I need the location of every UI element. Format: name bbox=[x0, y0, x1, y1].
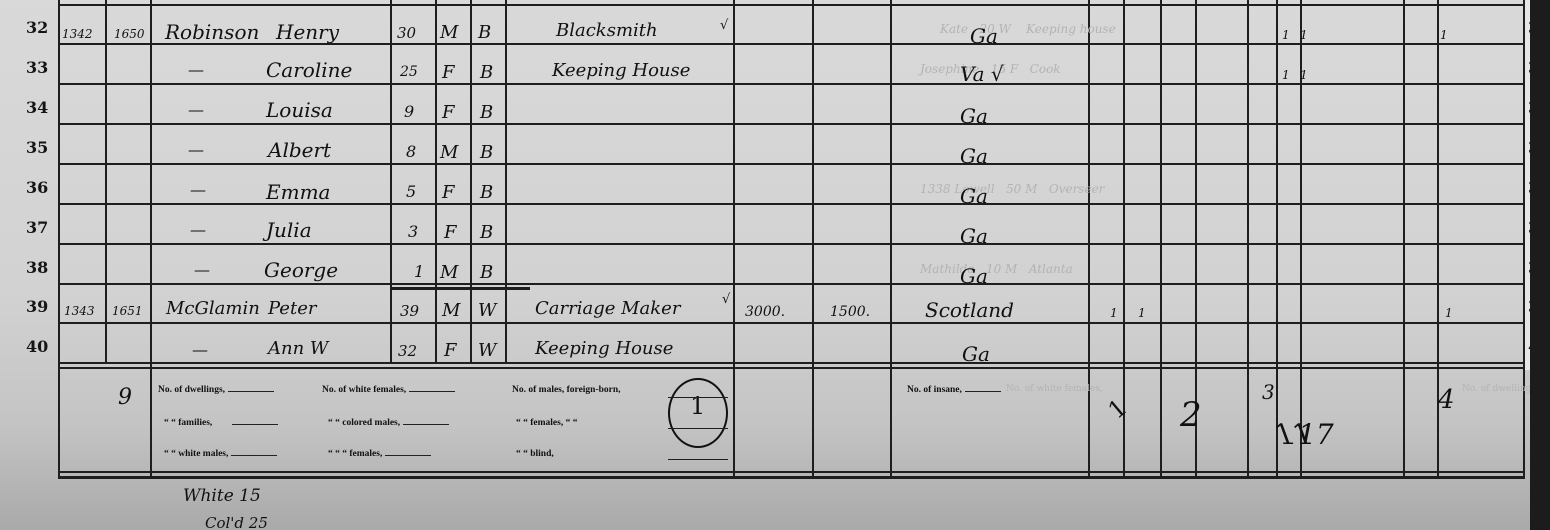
sex: M bbox=[440, 142, 458, 163]
surname-ditto: — bbox=[190, 220, 206, 239]
birthplace: Ga bbox=[970, 24, 998, 48]
check-mark: √ bbox=[720, 18, 728, 33]
sex: M bbox=[440, 22, 458, 43]
given-name: Emma bbox=[266, 180, 330, 204]
given-name: Caroline bbox=[266, 58, 352, 82]
birthplace: Ga bbox=[960, 224, 988, 248]
surname-ditto: — bbox=[188, 100, 204, 119]
page-edge bbox=[1530, 0, 1550, 530]
row-line bbox=[58, 163, 1525, 165]
surname: McGlamin bbox=[166, 298, 260, 319]
summary-tally: 1 bbox=[1103, 393, 1133, 424]
label-insane: No. of insane, bbox=[907, 385, 1001, 395]
age: 5 bbox=[406, 182, 416, 201]
given-name: Albert bbox=[268, 138, 331, 162]
label-females-foreign-born: “ “ females, “ “ bbox=[516, 418, 577, 428]
birthplace: Scotland bbox=[925, 298, 1014, 322]
label-white-males: “ “ white males, bbox=[164, 449, 277, 459]
age: 8 bbox=[406, 142, 416, 161]
age: 30 bbox=[397, 24, 416, 42]
sex: F bbox=[442, 62, 455, 83]
label-colored-males: “ “ colored males, bbox=[328, 418, 449, 428]
color: B bbox=[480, 222, 493, 243]
summary-tally: 3 bbox=[1262, 380, 1275, 404]
column-line bbox=[390, 0, 392, 362]
birthplace: Ga bbox=[960, 184, 988, 208]
summary-tally: 17 bbox=[1298, 418, 1334, 451]
age: 39 bbox=[400, 302, 419, 320]
color: B bbox=[480, 182, 493, 203]
summary-tally: 4 bbox=[1438, 385, 1455, 415]
occupation: Blacksmith bbox=[556, 20, 658, 41]
given-name: Henry bbox=[276, 20, 339, 44]
blank-line bbox=[668, 428, 728, 429]
given-name: Peter bbox=[268, 298, 316, 319]
column-line bbox=[890, 0, 892, 476]
age: 25 bbox=[400, 64, 418, 80]
column-line bbox=[58, 0, 60, 476]
color: B bbox=[480, 142, 493, 163]
row-line bbox=[58, 4, 1525, 6]
row-number: 36 bbox=[26, 178, 48, 197]
occupation: Keeping House bbox=[535, 338, 673, 359]
label-colored-females: “ “ “ females, bbox=[328, 449, 431, 459]
check-mark: √ bbox=[722, 292, 730, 307]
column-line bbox=[435, 0, 437, 362]
given-name: George bbox=[264, 258, 338, 282]
column-line bbox=[505, 0, 507, 362]
label-blind: “ “ blind, bbox=[516, 449, 554, 459]
dwelling-number: 1342 bbox=[62, 27, 93, 41]
label-males-foreign-born: No. of males, foreign-born, bbox=[512, 385, 621, 395]
label-white-females: No. of white females, bbox=[322, 385, 455, 395]
bleed-through-text: No. of white females, bbox=[1006, 384, 1103, 394]
dwelling-number: 1343 bbox=[64, 304, 95, 318]
given-name: Louisa bbox=[266, 98, 333, 122]
color: B bbox=[478, 22, 491, 43]
row-number: 32 bbox=[26, 18, 48, 37]
column-line bbox=[1247, 0, 1249, 476]
row-line bbox=[58, 322, 1525, 324]
row-number: 34 bbox=[26, 98, 48, 117]
row-number: 35 bbox=[26, 138, 48, 157]
occupation: Carriage Maker bbox=[535, 298, 680, 319]
real-estate-value: 3000. bbox=[745, 304, 785, 320]
birthplace: Ga bbox=[960, 264, 988, 288]
personal-estate-value: 1500. bbox=[830, 304, 870, 320]
sex: F bbox=[442, 182, 455, 203]
color: W bbox=[478, 340, 497, 361]
age: 3 bbox=[408, 222, 418, 241]
sex: F bbox=[442, 102, 455, 123]
row-line bbox=[58, 83, 1525, 85]
tally: 1 bbox=[1282, 68, 1290, 82]
family-number: 1651 bbox=[112, 304, 143, 318]
column-line bbox=[150, 0, 152, 476]
color: B bbox=[480, 102, 493, 123]
row-number: 40 bbox=[26, 337, 48, 356]
label-families: “ “ families, bbox=[164, 418, 278, 428]
table-bottom-rule bbox=[58, 367, 1525, 369]
family-number: 1650 bbox=[114, 27, 145, 41]
bleed-through-text: No. of dwellings bbox=[1462, 384, 1536, 394]
bleed-through-text: Mathilda 10 M Atlanta bbox=[920, 262, 1073, 276]
table-bottom-rule bbox=[58, 362, 1525, 364]
age: 32 bbox=[398, 342, 417, 360]
occupation: Keeping House bbox=[552, 60, 690, 81]
surname-ditto: — bbox=[192, 340, 208, 359]
color: B bbox=[480, 62, 493, 83]
summary-bottom-rule bbox=[58, 476, 1525, 479]
column-line bbox=[733, 0, 735, 476]
age: 1 bbox=[414, 262, 424, 281]
sex: F bbox=[444, 340, 457, 361]
sex: M bbox=[442, 300, 460, 321]
surname-ditto: — bbox=[188, 140, 204, 159]
margin-note: Col'd 25 bbox=[205, 514, 268, 530]
birthplace: Va √ bbox=[960, 62, 1004, 86]
label-dwellings: No. of dwellings, bbox=[158, 385, 274, 395]
column-line bbox=[812, 0, 814, 476]
tally: 1 bbox=[1300, 28, 1308, 42]
blank-line bbox=[668, 459, 728, 460]
color: W bbox=[478, 300, 497, 321]
birthplace: Ga bbox=[960, 144, 988, 168]
blank-line bbox=[668, 397, 728, 398]
column-line bbox=[470, 0, 472, 362]
sex: F bbox=[444, 222, 457, 243]
given-name: Ann W bbox=[268, 338, 328, 359]
tally: 1 bbox=[1440, 28, 1448, 42]
tally: 1 bbox=[1445, 306, 1453, 320]
summary-left-mark: 9 bbox=[118, 385, 132, 410]
row-number: 38 bbox=[26, 258, 48, 277]
census-page: 32 33 34 35 36 37 38 39 40 32 33 34 35 3… bbox=[0, 0, 1530, 530]
surname: Robinson bbox=[165, 20, 259, 44]
surname-ditto: — bbox=[190, 180, 206, 199]
surname-ditto: — bbox=[188, 60, 204, 79]
tally: 1 bbox=[1282, 28, 1290, 42]
column-line bbox=[1160, 0, 1162, 476]
column-line bbox=[1276, 0, 1278, 476]
birthplace: Ga bbox=[962, 342, 990, 366]
bleed-through-text: Kate 20 W Keeping house bbox=[940, 22, 1116, 36]
row-number: 33 bbox=[26, 58, 48, 77]
row-line bbox=[58, 283, 1525, 285]
column-line bbox=[1403, 0, 1405, 476]
age: 9 bbox=[404, 102, 414, 121]
given-name: Julia bbox=[266, 218, 312, 242]
row-number: 39 bbox=[26, 297, 48, 316]
column-line bbox=[105, 0, 107, 362]
summary-tally: 2 bbox=[1180, 395, 1202, 435]
row-line bbox=[58, 243, 1525, 245]
tally: 1 bbox=[1110, 306, 1118, 320]
surname-ditto: — bbox=[194, 260, 210, 279]
household-divider bbox=[390, 287, 530, 290]
column-line bbox=[1088, 0, 1090, 476]
sex: M bbox=[440, 262, 458, 283]
row-line bbox=[58, 123, 1525, 125]
birthplace: Ga bbox=[960, 104, 988, 128]
color: B bbox=[480, 262, 493, 283]
tally: 1 bbox=[1138, 306, 1146, 320]
bleed-through-text: 1338 Lowell 50 M Overseer bbox=[920, 182, 1104, 196]
tally: 1 bbox=[1300, 68, 1308, 82]
row-number: 37 bbox=[26, 218, 48, 237]
summary-bottom-rule bbox=[58, 471, 1525, 473]
margin-note: White 15 bbox=[183, 486, 261, 506]
